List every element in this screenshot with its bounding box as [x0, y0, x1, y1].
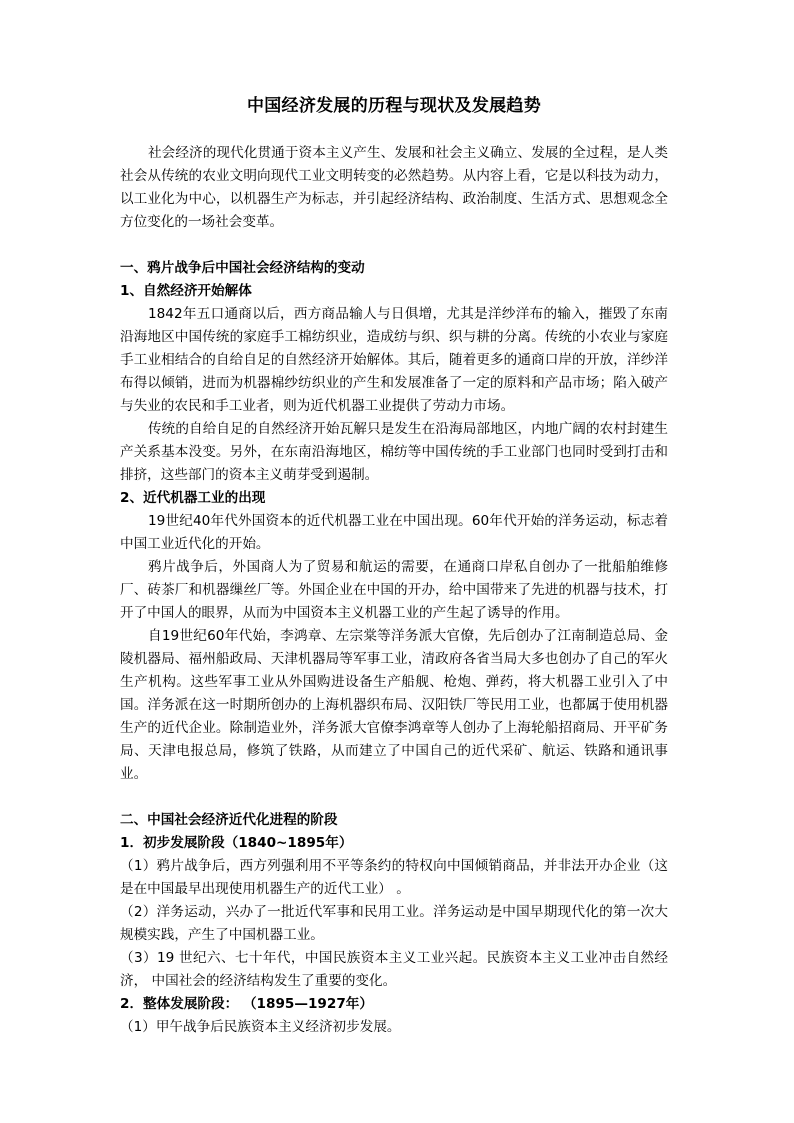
body-paragraph: 自19世纪60年代始，李鸿章、左宗棠等洋务派大官僚，先后创办了江南制造总局、金陵…: [120, 625, 668, 786]
spacer: [120, 786, 668, 809]
section-2: 二、中国社会经济近代化进程的阶段 1．初步发展阶段（1840~1895年） （1…: [120, 809, 668, 1039]
section-heading: 二、中国社会经济近代化进程的阶段: [120, 809, 668, 832]
list-paragraph: （2）洋务运动，兴办了一批近代军事和民用工业。洋务运动是中国早期现代化的第一次大…: [120, 901, 668, 947]
subsection-heading: 2、近代机器工业的出现: [120, 487, 668, 510]
section-heading: 一、鸦片战争后中国社会经济结构的变动: [120, 257, 668, 280]
document-title: 中国经济发展的历程与现状及发展趋势: [120, 94, 668, 118]
intro-paragraph: 社会经济的现代化贯通于资本主义产生、发展和社会主义确立、发展的全过程，是人类社会…: [120, 142, 668, 234]
subsection-1-1: 1、自然经济开始解体 1842年五口通商以后，西方商品输人与日俱增，尤其是洋纱洋…: [120, 280, 668, 487]
body-paragraph: 鸦片战争后，外国商人为了贸易和航运的需要，在通商口岸私自创办了一批船舶维修厂、砖…: [120, 556, 668, 625]
body-paragraph: 1842年五口通商以后，西方商品输人与日俱增，尤其是洋纱洋布的输入，摧毁了东南沿…: [120, 303, 668, 418]
list-paragraph: （3）19 世纪六、七十年代，中国民族资本主义工业兴起。民族资本主义工业冲击自然…: [120, 947, 668, 993]
subsection-2-1: 1．初步发展阶段（1840~1895年） （1）鸦片战争后，西方列强利用不平等条…: [120, 832, 668, 993]
body-paragraph: 传统的自给自足的自然经济开始瓦解只是发生在沿海局部地区，内地广阔的农村封建生产关…: [120, 418, 668, 487]
subsection-1-2: 2、近代机器工业的出现 19世纪40年代外国资本的近代机器工业在中国出现。60年…: [120, 487, 668, 786]
subsection-2-2: 2．整体发展阶段： （1895—1927年） （1）甲午战争后民族资本主义经济初…: [120, 993, 668, 1039]
body-paragraph: 19世纪40年代外国资本的近代机器工业在中国出现。60年代开始的洋务运动，标志着…: [120, 510, 668, 556]
subsection-heading: 1．初步发展阶段（1840~1895年）: [120, 832, 668, 855]
subsection-heading: 1、自然经济开始解体: [120, 280, 668, 303]
document-page: 中国经济发展的历程与现状及发展趋势 社会经济的现代化贯通于资本主义产生、发展和社…: [120, 94, 668, 1039]
list-paragraph: （1）甲午战争后民族资本主义经济初步发展。: [120, 1016, 668, 1039]
spacer: [120, 234, 668, 257]
subsection-heading: 2．整体发展阶段： （1895—1927年）: [120, 993, 668, 1016]
section-1: 一、鸦片战争后中国社会经济结构的变动 1、自然经济开始解体 1842年五口通商以…: [120, 257, 668, 786]
list-paragraph: （1）鸦片战争后，西方列强利用不平等条约的特权向中国倾销商品，并非法开办企业（这…: [120, 855, 668, 901]
